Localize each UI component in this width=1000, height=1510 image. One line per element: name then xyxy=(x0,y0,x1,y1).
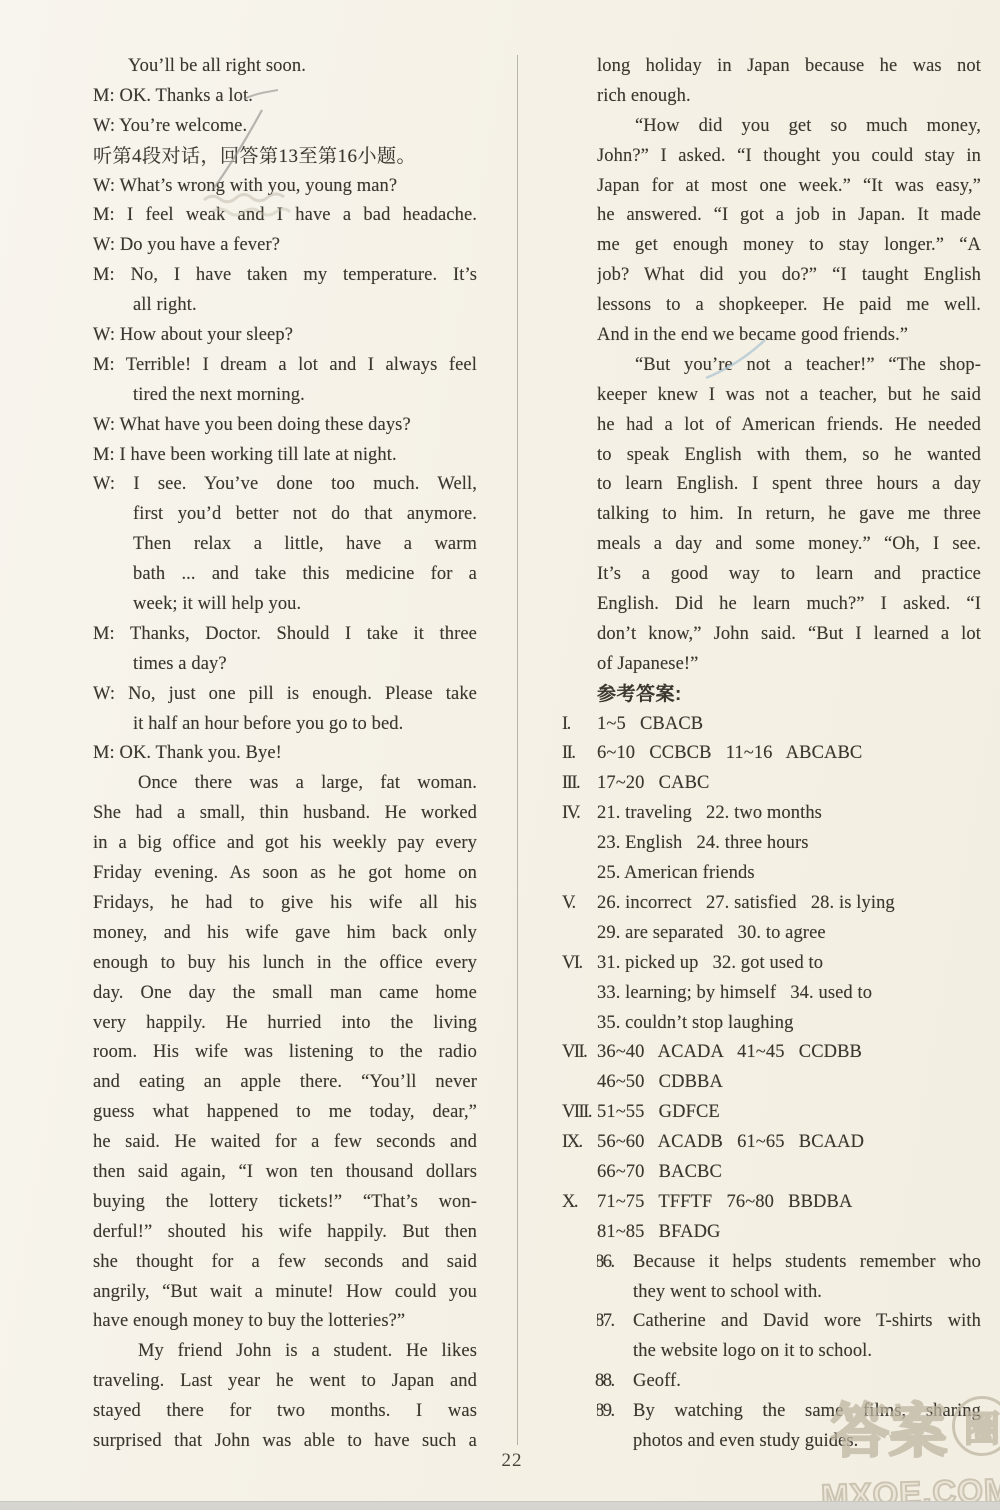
line-text: tired the next morning. xyxy=(133,385,305,405)
text-line: W: No, just one pill is enough. Please t… xyxy=(93,680,477,710)
line-text: English. Did he learn much?” I asked. “I xyxy=(597,594,981,614)
text-line: traveling. Last year he went to Japan an… xyxy=(93,1367,477,1397)
text-line: M: No, I have taken my temperature. It’s xyxy=(93,261,477,291)
line-text: don’t know,” John said. “But I learned a… xyxy=(597,624,981,644)
text-line: W: What have you been doing these days? xyxy=(93,411,477,441)
line-text: keeper knew I was not a teacher, but he … xyxy=(597,385,981,405)
text-line: of Japanese!” xyxy=(597,650,981,680)
line-text: 26. incorrect 27. satisfied 28. is lying xyxy=(597,893,895,913)
text-line: 听第4段对话，回答第13至第16小题。 xyxy=(93,142,477,172)
text-line: to learn English. I spent three hours a … xyxy=(597,470,981,500)
line-text: 听第4段对话，回答第13至第16小题。 xyxy=(93,146,416,167)
text-line: lessons to a shopkeeper. He paid me well… xyxy=(597,291,981,321)
page-bottom-edge xyxy=(0,1501,1000,1510)
line-text: My friend John is a student. He likes xyxy=(138,1341,477,1361)
line-text: he answered. “I got a job in Japan. It m… xyxy=(597,205,981,225)
line-text: 56~60 ACADB 61~65 BCAAD xyxy=(597,1132,864,1152)
line-text: W: What have you been doing these days? xyxy=(93,415,411,435)
text-line: M: I feel weak and I have a bad headache… xyxy=(93,201,477,231)
text-line: II.6~10 CCBCB 11~16 ABCABC xyxy=(597,739,981,769)
text-line: M: OK. Thanks a lot. xyxy=(93,82,477,112)
line-text: day. One day the small man came home xyxy=(93,983,477,1003)
text-line: IX.56~60 ACADB 61~65 BCAAD xyxy=(597,1128,981,1158)
text-line: long holiday in Japan because he was not xyxy=(597,52,981,82)
line-text: 21. traveling 22. two months xyxy=(597,803,822,823)
text-line: 33. learning; by himself 34. used to xyxy=(597,979,981,1009)
line-text: to learn English. I spent three hours a … xyxy=(597,474,981,494)
line-text: M: I have been working till late at nigh… xyxy=(93,445,397,465)
line-text: 1~5 CBACB xyxy=(597,714,703,734)
text-line: meals a day and some money.” “Oh, I see. xyxy=(597,530,981,560)
line-text: have enough money to buy the lotteries?” xyxy=(93,1311,405,1331)
line-text: derful!” shouted his wife happily. But t… xyxy=(93,1222,477,1242)
line-text: John?” I asked. “I thought you could sta… xyxy=(597,146,981,166)
line-text: And in the end we became good friends.” xyxy=(597,325,908,345)
watermark-circle-badge: 圈 xyxy=(952,1396,1000,1456)
line-text: Japan for at most one week.” “It was eas… xyxy=(597,176,981,196)
text-line: IV.21. traveling 22. two months xyxy=(597,799,981,829)
text-line: M: OK. Thank you. Bye! xyxy=(93,739,477,769)
line-text: times a day? xyxy=(133,654,227,674)
left-text-column: You’ll be all right soon.M: OK. Thanks a… xyxy=(93,52,477,1457)
text-line: stayed there for two months. I was xyxy=(93,1397,477,1427)
section-marker: III. xyxy=(562,769,579,799)
text-line: money, and his wife gave him back only xyxy=(93,919,477,949)
line-text: room. His wife was listening to the radi… xyxy=(93,1042,477,1062)
line-text: 66~70 BACBC xyxy=(597,1162,722,1182)
text-line: “But you’re not a teacher!” “The shop- xyxy=(597,351,981,381)
text-line: W: You’re welcome. xyxy=(93,112,477,142)
text-line: talking to him. In return, he gave me th… xyxy=(597,500,981,530)
text-line: I.1~5 CBACB xyxy=(597,710,981,740)
text-line: rich enough. xyxy=(597,82,981,112)
line-text: 33. learning; by himself 34. used to xyxy=(597,983,872,1003)
text-line: IV.My friend John is a student. He likes xyxy=(93,1337,477,1367)
line-text: and eating an apple there. “You’ll never xyxy=(93,1072,477,1092)
text-line: W: How about your sleep? xyxy=(93,321,477,351)
line-text: traveling. Last year he went to Japan an… xyxy=(93,1371,477,1391)
watermark: 答案圈 MXQE.COM xyxy=(821,1384,1000,1509)
line-text: It’s a good way to learn and practice xyxy=(597,564,981,584)
text-line: John?” I asked. “I thought you could sta… xyxy=(597,142,981,172)
line-text: she thought for a few seconds and said xyxy=(93,1252,477,1272)
text-line: very happily. He hurried into the living xyxy=(93,1009,477,1039)
line-text: very happily. He hurried into the living xyxy=(93,1013,477,1033)
text-line: tired the next morning. xyxy=(93,381,477,411)
line-text: 25. American friends xyxy=(597,863,755,883)
line-text: 71~75 TFFTF 76~80 BBDBA xyxy=(597,1192,852,1212)
line-text: 36~40 ACADA 41~45 CCDBB xyxy=(597,1042,862,1062)
text-line: 25. American friends xyxy=(597,859,981,889)
line-text: then said again, “I won ten thousand dol… xyxy=(93,1162,477,1182)
line-text: “How did you get so much money, xyxy=(635,116,981,136)
text-line: keeper knew I was not a teacher, but he … xyxy=(597,381,981,411)
line-text: he said. He waited for a few seconds and xyxy=(93,1132,477,1152)
line-text: in a big office and got his weekly pay e… xyxy=(93,833,477,853)
text-line: V.26. incorrect 27. satisfied 28. is lyi… xyxy=(597,889,981,919)
text-line: they went to school with. xyxy=(597,1278,981,1308)
line-text: meals a day and some money.” “Oh, I see. xyxy=(597,534,981,554)
text-line: angrily, “But wait a minute! How could y… xyxy=(93,1278,477,1308)
text-line: enough to buy his lunch in the office ev… xyxy=(93,949,477,979)
line-text: stayed there for two months. I was xyxy=(93,1401,477,1421)
right-text-column: long holiday in Japan because he was not… xyxy=(597,52,981,1457)
text-line: Fridays, he had to give his wife all his xyxy=(93,889,477,919)
column-divider xyxy=(517,55,518,1445)
section-marker: IV. xyxy=(562,799,579,829)
text-line: then said again, “I won ten thousand dol… xyxy=(93,1158,477,1188)
line-text: talking to him. In return, he gave me th… xyxy=(597,504,981,524)
text-line: English. Did he learn much?” I asked. “I xyxy=(597,590,981,620)
text-line: bath ... and take this medicine for a xyxy=(93,560,477,590)
text-line: W: I see. You’ve done too much. Well, xyxy=(93,470,477,500)
text-line: It’s a good way to learn and practice xyxy=(597,560,981,590)
line-text: 46~50 CDBBA xyxy=(597,1072,723,1092)
line-text: M: OK. Thank you. Bye! xyxy=(93,743,282,763)
line-text: Fridays, he had to give his wife all his xyxy=(93,893,477,913)
line-text: 35. couldn’t stop laughing xyxy=(597,1013,794,1033)
line-text: W: Do you have a fever? xyxy=(93,235,280,255)
text-line: 87.Catherine and David wore T-shirts wit… xyxy=(597,1307,981,1337)
text-line: buying the lottery tickets!” “That’s won… xyxy=(93,1188,477,1218)
section-marker: V. xyxy=(562,889,575,919)
line-text: to speak English with them, so he wanted xyxy=(597,445,981,465)
section-marker: VI. xyxy=(562,949,582,979)
text-line: M: Terrible! I dream a lot and I always … xyxy=(93,351,477,381)
line-text: “But you’re not a teacher!” “The shop- xyxy=(635,355,981,375)
line-text: money, and his wife gave him back only xyxy=(93,923,477,943)
line-text: You’ll be all right soon. xyxy=(128,56,306,76)
line-text: Then relax a little, have a warm xyxy=(133,534,477,554)
text-line: Japan for at most one week.” “It was eas… xyxy=(597,172,981,202)
line-text: M: Thanks, Doctor. Should I take it thre… xyxy=(93,624,477,644)
section-marker: 87. xyxy=(597,1307,614,1337)
line-text: Catherine and David wore T-shirts with xyxy=(633,1311,981,1331)
line-text: W: What’s wrong with you, young man? xyxy=(93,176,397,196)
text-line: She had a small, thin husband. He worked xyxy=(93,799,477,829)
text-line: 46~50 CDBBA xyxy=(597,1068,981,1098)
section-marker: 86. xyxy=(597,1248,614,1278)
text-line: it half an hour before you go to bed. xyxy=(93,710,477,740)
text-line: III.17~20 CABC xyxy=(597,769,981,799)
watermark-text: 答案 xyxy=(831,1384,947,1468)
text-line: she thought for a few seconds and said xyxy=(93,1248,477,1278)
line-text: guess what happened to me today, dear,” xyxy=(93,1102,477,1122)
text-line: VI.31. picked up 32. got used to xyxy=(597,949,981,979)
text-line: 参考答案: xyxy=(597,680,981,710)
line-text: it half an hour before you go to bed. xyxy=(133,714,403,734)
line-text: W: You’re welcome. xyxy=(93,116,247,136)
text-line: room. His wife was listening to the radi… xyxy=(93,1038,477,1068)
line-text: 31. picked up 32. got used to xyxy=(597,953,823,973)
page-number: 22 xyxy=(488,1450,536,1472)
text-line: have enough money to buy the lotteries?” xyxy=(93,1307,477,1337)
line-text: 17~20 CABC xyxy=(597,773,709,793)
text-line: And in the end we became good friends.” xyxy=(597,321,981,351)
text-line: surprised that John was able to have suc… xyxy=(93,1427,477,1457)
text-line: he answered. “I got a job in Japan. It m… xyxy=(597,201,981,231)
line-text: week; it will help you. xyxy=(133,594,301,614)
line-text: W: How about your sleep? xyxy=(93,325,293,345)
section-marker: X. xyxy=(562,1188,577,1218)
line-text: they went to school with. xyxy=(633,1282,822,1302)
text-line: times a day? xyxy=(93,650,477,680)
line-text: rich enough. xyxy=(597,86,691,106)
text-line: Then relax a little, have a warm xyxy=(93,530,477,560)
line-text: 6~10 CCBCB 11~16 ABCABC xyxy=(597,743,862,763)
line-text: of Japanese!” xyxy=(597,654,698,674)
text-line: me get enough money to stay longer.” “A xyxy=(597,231,981,261)
section-marker: VII. xyxy=(562,1038,586,1068)
text-line: W: What’s wrong with you, young man? xyxy=(93,172,477,202)
text-line: don’t know,” John said. “But I learned a… xyxy=(597,620,981,650)
line-text: me get enough money to stay longer.” “A xyxy=(597,235,981,255)
section-marker: VIII. xyxy=(562,1098,591,1128)
line-text: angrily, “But wait a minute! How could y… xyxy=(93,1282,477,1302)
line-text: W: I see. You’ve done too much. Well, xyxy=(93,474,477,494)
line-text: 参考答案: xyxy=(597,684,682,705)
text-line: VII.36~40 ACADA 41~45 CCDBB xyxy=(597,1038,981,1068)
text-line: derful!” shouted his wife happily. But t… xyxy=(93,1218,477,1248)
line-text: She had a small, thin husband. He worked xyxy=(93,803,477,823)
text-line: 35. couldn’t stop laughing xyxy=(597,1009,981,1039)
line-text: lessons to a shopkeeper. He paid me well… xyxy=(597,295,981,315)
line-text: 81~85 BFADG xyxy=(597,1222,721,1242)
text-line: 29. are separated 30. to agree xyxy=(597,919,981,949)
watermark-logo: 答案圈 xyxy=(821,1384,1000,1468)
line-text: Because it helps students remember who xyxy=(633,1252,981,1272)
text-line: 66~70 BACBC xyxy=(597,1158,981,1188)
line-text: M: No, I have taken my temperature. It’s xyxy=(93,265,477,285)
line-text: surprised that John was able to have suc… xyxy=(93,1431,477,1451)
scanned-book-page: You’ll be all right soon.M: OK. Thanks a… xyxy=(0,0,1000,1510)
text-line: the website logo on it to school. xyxy=(597,1337,981,1367)
section-marker: II. xyxy=(562,739,574,769)
section-marker: IX. xyxy=(562,1128,582,1158)
text-line: W: Do you have a fever? xyxy=(93,231,477,261)
line-text: Friday evening. As soon as he got home o… xyxy=(93,863,477,883)
section-marker: 88. xyxy=(595,1367,614,1397)
line-text: 51~55 GDFCE xyxy=(597,1102,720,1122)
text-line: VIII.51~55 GDFCE xyxy=(597,1098,981,1128)
line-text: Geoff. xyxy=(633,1371,681,1391)
text-line: to speak English with them, so he wanted xyxy=(597,441,981,471)
line-text: 29. are separated 30. to agree xyxy=(597,923,826,943)
text-line: guess what happened to me today, dear,” xyxy=(93,1098,477,1128)
text-line: M: Thanks, Doctor. Should I take it thre… xyxy=(93,620,477,650)
line-text: M: OK. Thanks a lot. xyxy=(93,86,253,106)
text-line: You’ll be all right soon. xyxy=(93,52,477,82)
line-text: bath ... and take this medicine for a xyxy=(133,564,477,584)
text-line: all right. xyxy=(93,291,477,321)
line-text: he had a lot of American friends. He nee… xyxy=(597,415,981,435)
line-text: long holiday in Japan because he was not xyxy=(597,56,981,76)
line-text: all right. xyxy=(133,295,197,315)
text-line: M: I have been working till late at nigh… xyxy=(93,441,477,471)
line-text: W: No, just one pill is enough. Please t… xyxy=(93,684,477,704)
line-text: Once there was a large, fat woman. xyxy=(138,773,477,793)
text-line: first you’d better not do that anymore. xyxy=(93,500,477,530)
text-line: 23. English 24. three hours xyxy=(597,829,981,859)
line-text: 23. English 24. three hours xyxy=(597,833,809,853)
text-line: III.Once there was a large, fat woman. xyxy=(93,769,477,799)
text-line: X.71~75 TFFTF 76~80 BBDBA xyxy=(597,1188,981,1218)
line-text: M: Terrible! I dream a lot and I always … xyxy=(93,355,477,375)
text-line: day. One day the small man came home xyxy=(93,979,477,1009)
text-line: Friday evening. As soon as he got home o… xyxy=(93,859,477,889)
text-line: and eating an apple there. “You’ll never xyxy=(93,1068,477,1098)
line-text: M: I feel weak and I have a bad headache… xyxy=(93,205,477,225)
section-marker: I. xyxy=(562,710,570,740)
line-text: the website logo on it to school. xyxy=(633,1341,872,1361)
line-text: enough to buy his lunch in the office ev… xyxy=(93,953,477,973)
text-line: 86.Because it helps students remember wh… xyxy=(597,1248,981,1278)
text-line: week; it will help you. xyxy=(93,590,477,620)
text-line: 81~85 BFADG xyxy=(597,1218,981,1248)
line-text: job? What did you do?” “I taught English xyxy=(597,265,981,285)
text-line: “How did you get so much money, xyxy=(597,112,981,142)
line-text: first you’d better not do that anymore. xyxy=(133,504,477,524)
text-line: in a big office and got his weekly pay e… xyxy=(93,829,477,859)
line-text: buying the lottery tickets!” “That’s won… xyxy=(93,1192,477,1212)
section-marker: 89. xyxy=(597,1397,614,1427)
text-line: he had a lot of American friends. He nee… xyxy=(597,411,981,441)
text-line: job? What did you do?” “I taught English xyxy=(597,261,981,291)
text-line: he said. He waited for a few seconds and xyxy=(93,1128,477,1158)
